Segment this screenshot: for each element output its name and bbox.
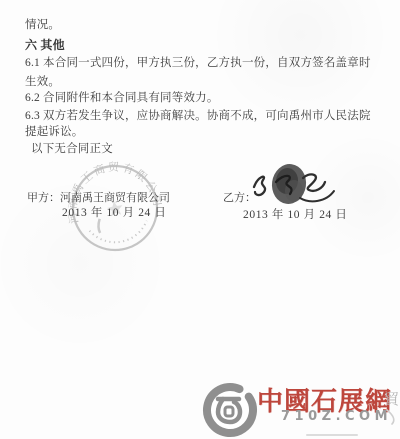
section-heading-six: 六 其他	[25, 36, 65, 53]
contract-scan-page: 情况。 六 其他 6.1 本合同一式四份，甲方执三份，乙方执一份，自双方签名盖章…	[0, 0, 400, 439]
watermark-partial-glyph: 貿	[384, 388, 399, 409]
clause-6-3: 6.3 双方若发生争议，应协商解决。协商不成，可向禹州市人民法院	[25, 107, 371, 123]
end-of-contract-note: 以下无合同正文	[31, 140, 113, 156]
party-b-handwritten-signature	[246, 161, 338, 211]
watermark-site-url: 710Z.COM	[281, 409, 392, 424]
stone-site-logo-icon	[202, 382, 258, 438]
clause-6-1: 6.1 本合同一式四份，甲方执三份，乙方执一份，自双方签名盖章时	[25, 54, 371, 70]
party-b-date: 2013 年 10 月 24 日	[243, 206, 347, 222]
body-line-qingkuang: 情况。	[25, 16, 60, 32]
clause-6-3-cont: 提起诉讼。	[25, 123, 84, 139]
clause-6-1-cont: 生效。	[25, 73, 60, 89]
stray-scan-mark	[385, 408, 399, 426]
watermark-underline-mark	[306, 434, 358, 436]
seal-inner-mark	[97, 219, 102, 233]
clause-6-2: 6.2 合同附件和本合同具有同等效力。	[25, 89, 219, 105]
party-a-date: 2013 年 10 月 24 日	[62, 204, 166, 220]
party-a-label: 甲方：河南禹王商贸有限公司	[27, 189, 170, 205]
watermark-banner: 中國石展網 710Z.COM 貿	[195, 378, 400, 439]
